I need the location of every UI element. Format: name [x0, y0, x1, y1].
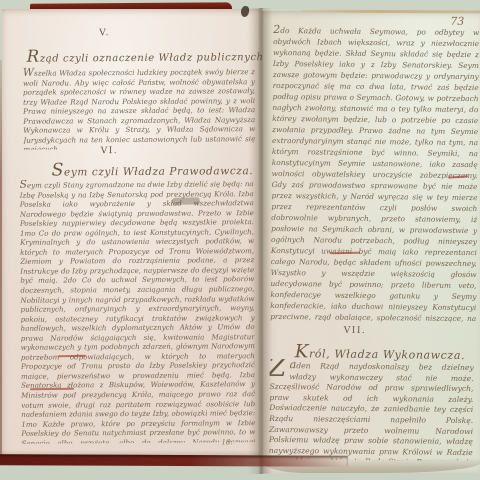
article-v-body: Wszelka Władza społeczności ludzkiey poc… — [23, 66, 256, 150]
article-v-numeral: V. — [85, 28, 125, 38]
article-vi-body: Seym czyli Stany zgromadzone na dwie Izb… — [20, 178, 256, 444]
article-v-title: Rząd czyli oznaczenie Władz publicznych. — [27, 45, 268, 66]
manuscript-photo: V. Rząd czyli oznaczenie Władz publiczny… — [0, 0, 480, 480]
right-page-content: 73 2do Każda uchwała Seymowa, po odbytey… — [260, 10, 480, 474]
article-vi-numeral: VI. — [89, 146, 129, 156]
article-vi-continuation: 2do Każda uchwała Seymowa, po odbytey w … — [270, 24, 479, 323]
book-gutter-shadow — [248, 8, 272, 474]
article-vii-numeral: VII. — [335, 326, 375, 336]
book-cover-bottom-edge — [0, 454, 348, 467]
ink-retouch-mark — [172, 197, 200, 205]
right-page: 73 2do Każda uchwała Seymowa, po odbytey… — [262, 11, 480, 473]
article-vii-body: aden Rząd naydoskonalszy bez dzielney wł… — [269, 361, 474, 461]
left-page: V. Rząd czyli oznaczenie Władz publiczny… — [2, 9, 260, 458]
article-vi-title: Seym czyli Władza Prawodawcza. — [51, 159, 253, 180]
article-vii-paragraph: Żaden Rząd naydoskonalszy bez dzielney w… — [269, 359, 474, 461]
quire-mark: 16. — [221, 438, 232, 446]
left-page-content: V. Rząd czyli oznaczenie Władz publiczny… — [0, 8, 261, 459]
